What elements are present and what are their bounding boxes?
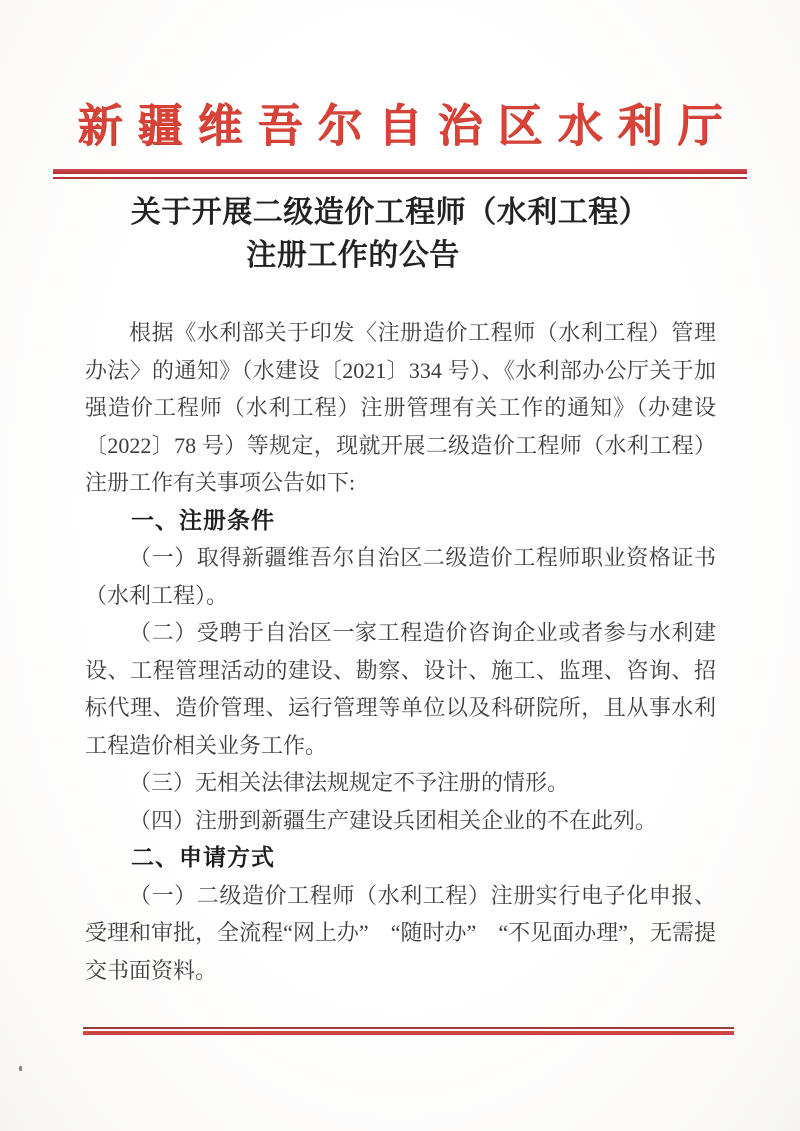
- paragraph-condition-4: （四）注册到新疆生产建设兵团相关企业的不在此列。: [85, 802, 716, 840]
- paragraph-application-1: （一）二级造价工程师（水利工程）注册实行电子化申报、受理和审批，全流程“网上办”…: [85, 877, 716, 990]
- footer-divider: [83, 1027, 734, 1035]
- section-heading-registration-conditions: 一、注册条件: [85, 502, 716, 540]
- paragraph-condition-1: （一）取得新疆维吾尔自治区二级造价工程师职业资格证书（水利工程）。: [85, 539, 716, 614]
- agency-letterhead-title: 新疆维吾尔自治区水利厅: [0, 0, 800, 155]
- document-title: 关于开展二级造价工程师（水利工程） 注册工作的公告: [0, 191, 800, 277]
- footer-divider-thick-line: [83, 1031, 734, 1035]
- paragraph-condition-2: （二）受聘于自治区一家工程造价咨询企业或者参与水利建设、工程管理活动的建设、勘察…: [85, 614, 716, 764]
- paragraph-intro: 根据《水利部关于印发〈注册造价工程师（水利工程）管理办法〉的通知》（水建设〔20…: [85, 314, 716, 502]
- letterhead-divider-thin-line: [53, 177, 747, 179]
- paragraph-condition-3: （三）无相关法律法规规定不予注册的情形。: [85, 764, 716, 802]
- document-title-line2: 注册工作的公告: [0, 234, 753, 277]
- scan-artifact-speck: [19, 1066, 22, 1071]
- letterhead-divider: [53, 169, 747, 179]
- document-title-line1: 关于开展二级造价工程师（水利工程）: [0, 191, 790, 234]
- document-body: 根据《水利部关于印发〈注册造价工程师（水利工程）管理办法〉的通知》（水建设〔20…: [85, 314, 716, 989]
- scanned-document-page: 新疆维吾尔自治区水利厅 关于开展二级造价工程师（水利工程） 注册工作的公告 根据…: [0, 0, 800, 1131]
- section-heading-application-method: 二、申请方式: [85, 839, 716, 877]
